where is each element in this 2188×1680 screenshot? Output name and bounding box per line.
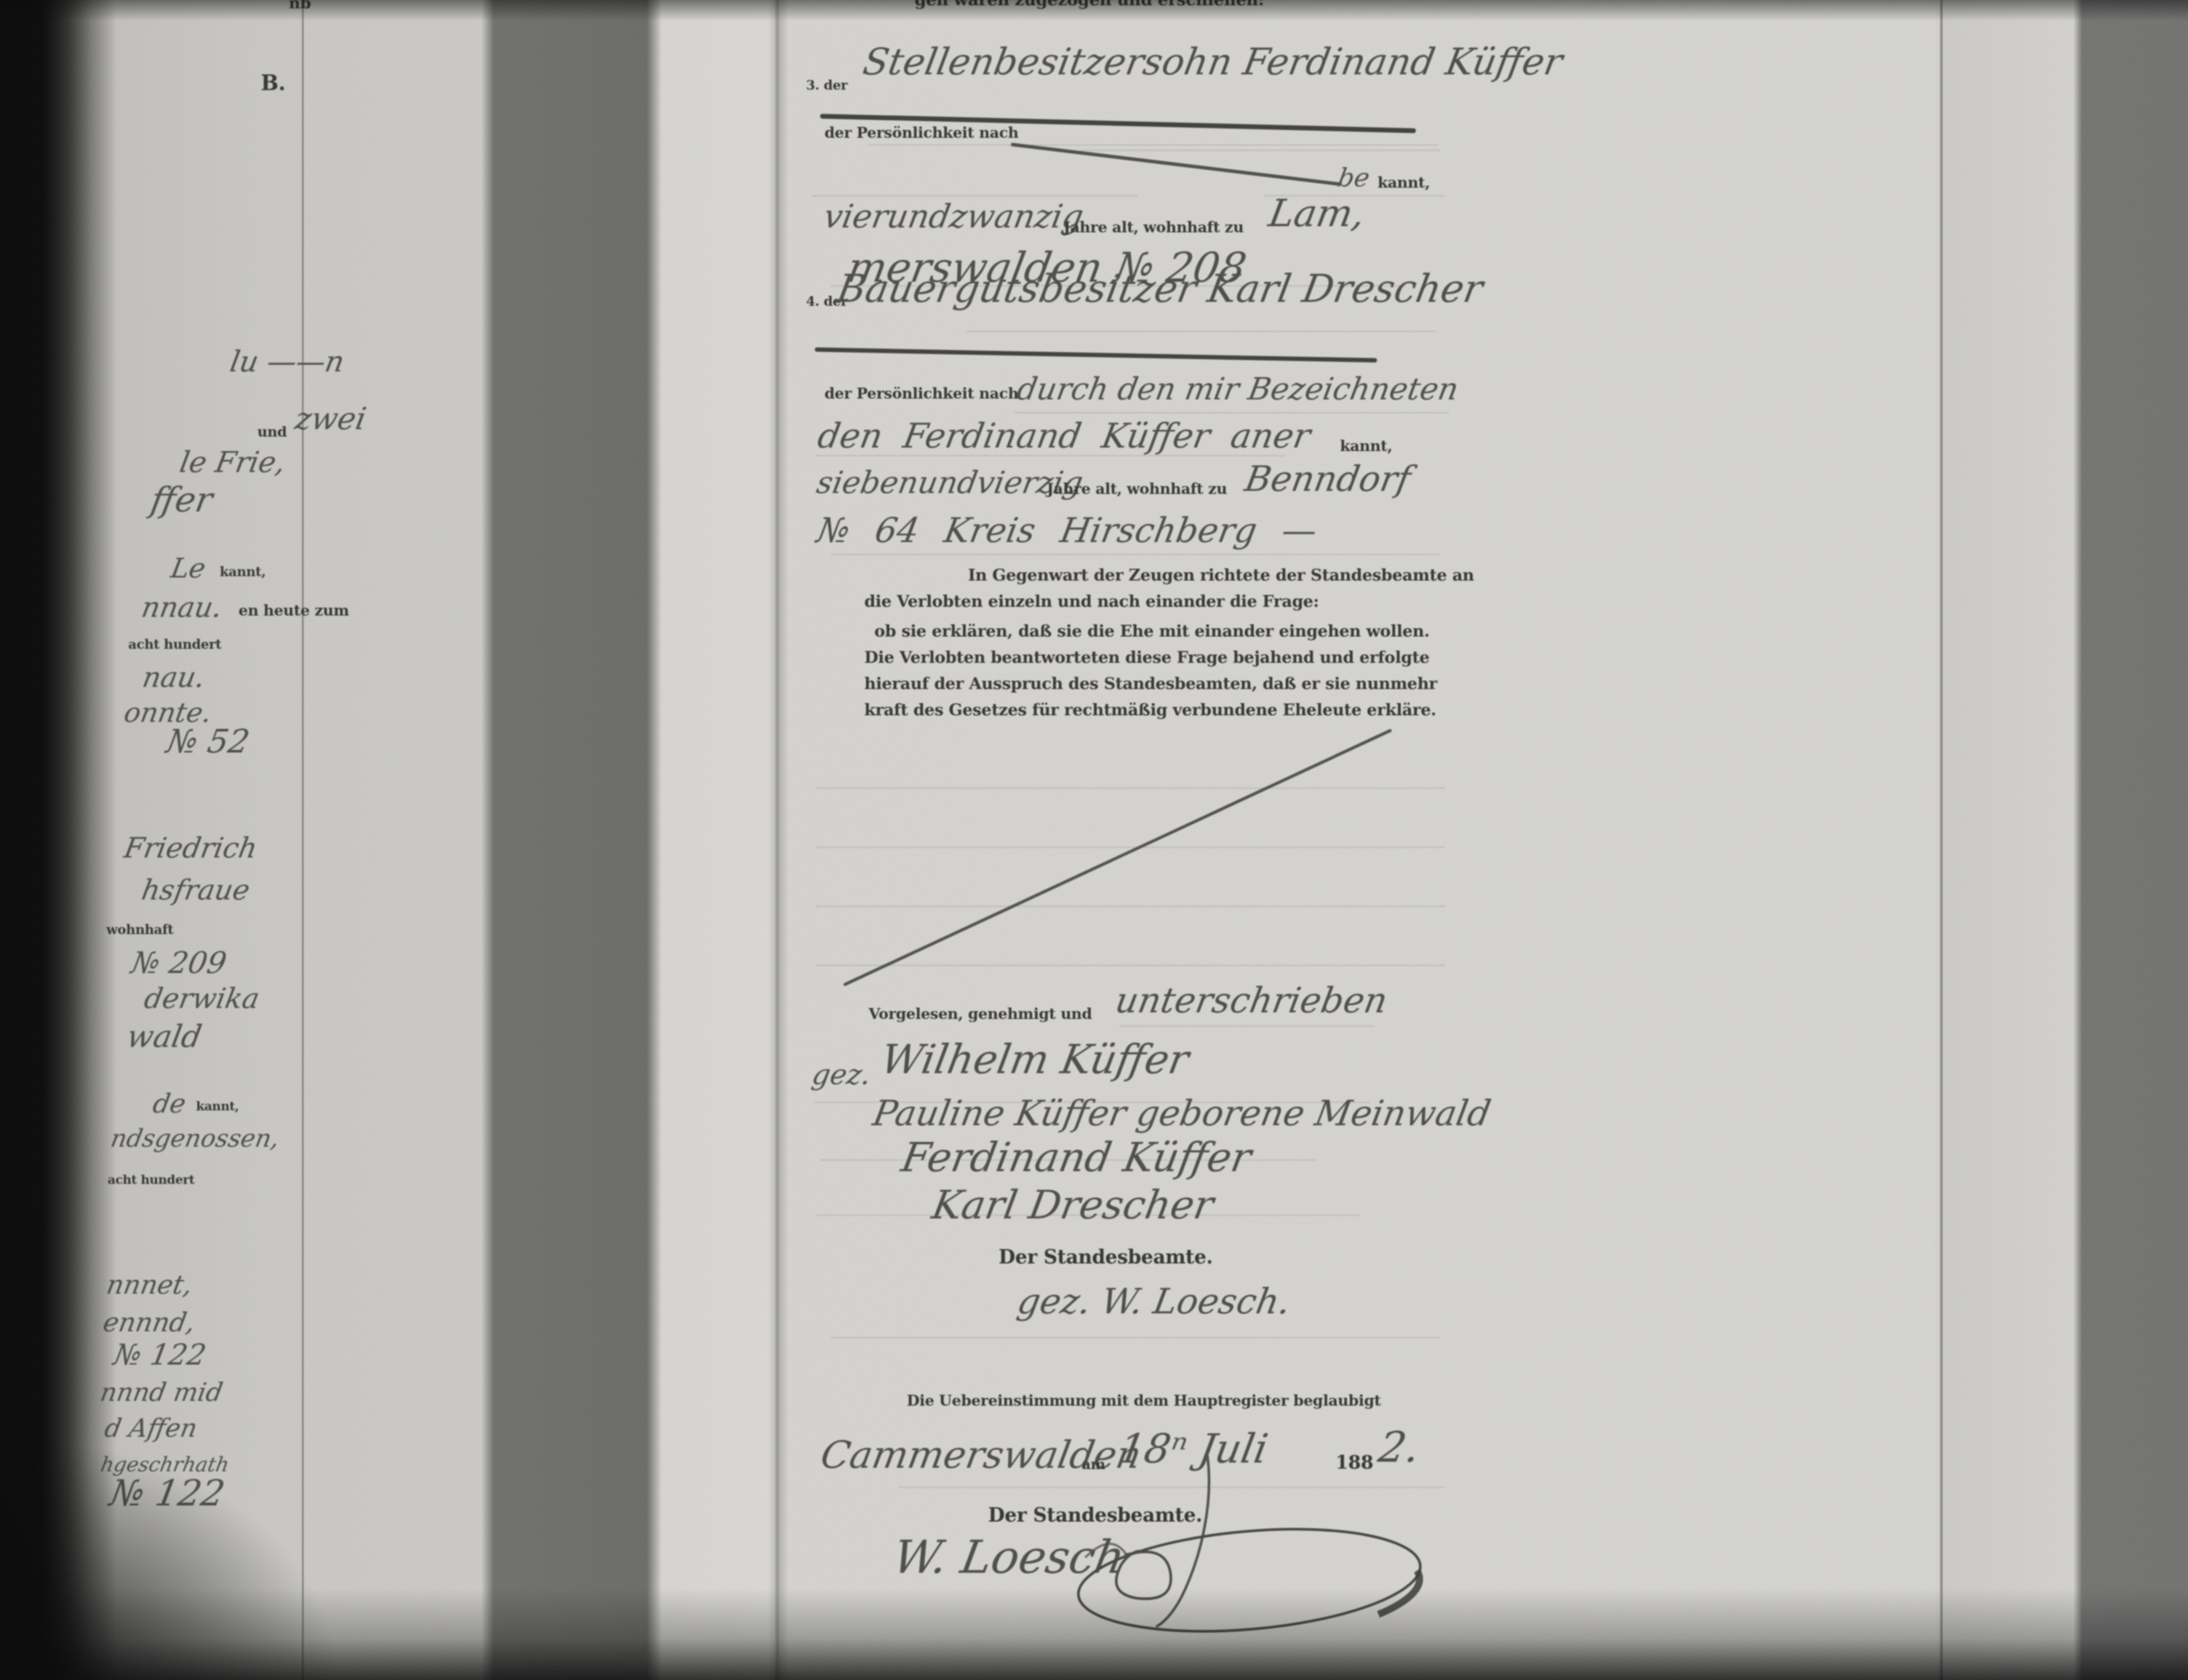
left-page-fragment: und — [257, 423, 287, 440]
ceremony-line: hierauf der Ausspruch des Standesbeamten… — [864, 674, 1437, 693]
entry3-number: 3. der — [806, 78, 848, 93]
signature-gez: gez. — [810, 1059, 873, 1091]
entry4-handwritten: Bauergutsbesitzer Karl Drescher — [834, 266, 1487, 311]
left-page-fragment: № 209 — [129, 946, 229, 980]
left-page-fragment: kannt, — [196, 1099, 239, 1113]
page-edge-line — [1940, 0, 1943, 1680]
left-page-fragment: acht hundert — [108, 1172, 194, 1187]
left-page-fragment: № 122 — [111, 1338, 209, 1372]
faint-rule — [816, 847, 1444, 848]
ceremony-line: Die Verlobten beantworteten diese Frage … — [864, 647, 1430, 667]
flourish-inner-curl — [1116, 1551, 1171, 1599]
left-page-fragment: ffer — [148, 480, 216, 520]
bekannt-hand-prefix: be — [1336, 163, 1372, 192]
left-page-fragment: № 52 — [164, 723, 252, 760]
left-page-fragment: le Frie, — [177, 445, 288, 479]
left-page-fragment: nau. — [140, 661, 207, 694]
signature-karl-drescher: Karl Drescher — [929, 1182, 1217, 1228]
attestation-year-handwritten: 2. — [1375, 1423, 1424, 1472]
attestation-am: am — [1082, 1456, 1105, 1473]
standesbeamte-heading-1: Der Standesbeamte. — [999, 1246, 1213, 1268]
left-page-fragment: acht hundert — [128, 637, 221, 652]
attestation-year-printed: 188 — [1336, 1452, 1373, 1473]
signature-ferdinand-kueffer: Ferdinand Küffer — [898, 1134, 1255, 1181]
vorgelesen-printed: Vorgelesen, genehmigt und — [869, 1005, 1092, 1023]
left-page-fragment: kannt, — [220, 564, 266, 580]
ceremony-line: In Gegenwart der Zeugen richtete der Sta… — [968, 565, 1474, 584]
signature-w-loesch: W. Loesch — [889, 1530, 1129, 1584]
faint-rule — [869, 144, 1438, 146]
persoenlichkeit-label: der Persönlichkeit nach — [824, 124, 1018, 142]
left-page-fragment: en heute zum — [238, 602, 349, 619]
p2-handwritten-1: durch den mir Bezeichneten — [1014, 371, 1461, 407]
left-page-rule-line — [302, 0, 304, 1680]
hand-drawn-separator — [815, 347, 1377, 363]
paper-crease-line — [775, 0, 779, 1680]
cancellation-diagonal — [1011, 143, 1340, 186]
ceremony-line: ob sie erklären, daß sie die Ehe mit ein… — [874, 621, 1430, 640]
signature-wilhelm-kueffer: Wilhelm Küffer — [877, 1036, 1192, 1083]
left-page-fragment: lu ——n — [228, 345, 347, 378]
left-page-fragment: Friedrich — [122, 832, 259, 864]
left-page-corner-letter: B. — [261, 71, 285, 95]
left-page-fragment: d Affen — [102, 1413, 200, 1443]
residence1-handwritten: Lam, — [1266, 192, 1368, 235]
residence2-line2: № 64 Kreis Hirschberg — — [814, 511, 1320, 550]
faint-rule — [831, 1337, 1440, 1338]
faint-rule — [816, 965, 1444, 966]
left-page-fragment: № 122 — [107, 1473, 228, 1514]
age1-handwritten: vierundzwanzig — [821, 198, 1087, 235]
age2-printed: Jahre alt, wohnhaft zu — [1047, 480, 1227, 498]
left-page-fragment: nnau. — [139, 591, 224, 624]
left-page-fragment: ndsgenossen, — [109, 1124, 281, 1153]
persoenlichkeit-label-2: der Persönlichkeit nach — [824, 385, 1018, 402]
flourish-oval-thick-edge — [1378, 1571, 1420, 1614]
faint-rule — [816, 455, 1284, 456]
left-page-fragment: hsfraue — [139, 874, 252, 906]
faint-rule — [813, 195, 1137, 196]
left-page-fragment: de — [151, 1088, 188, 1119]
faint-rule — [831, 554, 1440, 555]
faint-rule — [1081, 150, 1440, 151]
photo-content: nb B. lu ——n und zwei le Frie, ffer Le k… — [0, 0, 2188, 1680]
attestation-printed: Die Uebereinstimmung mit dem Hauptregist… — [907, 1392, 1381, 1410]
left-page-fragment: nb — [289, 0, 311, 12]
left-page-fragment: nnnd mid — [98, 1377, 225, 1407]
faint-rule — [1015, 412, 1448, 413]
faint-rule — [816, 906, 1444, 907]
faint-rule — [899, 1487, 1444, 1488]
signature-pauline-kueffer: Pauline Küffer geborene Meinwald — [870, 1093, 1494, 1134]
faint-rule — [816, 787, 1444, 789]
clipped-top-line: gen waren zugezogen und erschienen: — [915, 0, 1264, 9]
attestation-date: 18ⁿ Juli — [1115, 1425, 1271, 1472]
vorgelesen-handwritten: unterschrieben — [1112, 980, 1391, 1021]
standesbeamte-heading-2: Der Standesbeamte. — [988, 1504, 1202, 1526]
left-page-fragment: Le — [168, 552, 208, 584]
signature-gez-loesch: gez. W. Loesch. — [1014, 1281, 1294, 1322]
p2-printed-kannt: kannt, — [1340, 437, 1392, 455]
faint-rule — [816, 1214, 1359, 1216]
left-page-fragment: zwei — [292, 401, 369, 437]
cancellation-diagonal-large — [843, 728, 1392, 986]
faint-rule — [967, 331, 1435, 332]
left-page-fragment: wald — [124, 1018, 204, 1054]
left-page-fragment: ennnd, — [101, 1307, 197, 1338]
age2-handwritten: siebenundvierzig — [814, 465, 1086, 500]
scanned-register-photo: nb B. lu ——n und zwei le Frie, ffer Le k… — [0, 0, 2188, 1680]
bekannt-printed: kannt, — [1378, 174, 1430, 192]
entry3-handwritten: Stellenbesitzersohn Ferdinand Küffer — [860, 40, 1566, 83]
residence2-handwritten: Benndorf — [1242, 458, 1414, 499]
ceremony-line: kraft des Gesetzes für rechtmäßig verbun… — [864, 700, 1436, 719]
j-descender-stroke — [1156, 1452, 1209, 1627]
ceremony-line: die Verlobten einzeln und nach einander … — [864, 591, 1319, 611]
left-page-fragment: derwika — [142, 983, 262, 1015]
left-page-fragment: nnnet, — [104, 1270, 195, 1300]
faint-rule — [1120, 1025, 1374, 1027]
age1-printed: Jahre alt, wohnhaft zu — [1063, 219, 1244, 236]
p2-handwritten-2: den Ferdinand Küffer aner — [815, 416, 1313, 456]
left-page-fragment: wohnhaft — [106, 922, 173, 938]
